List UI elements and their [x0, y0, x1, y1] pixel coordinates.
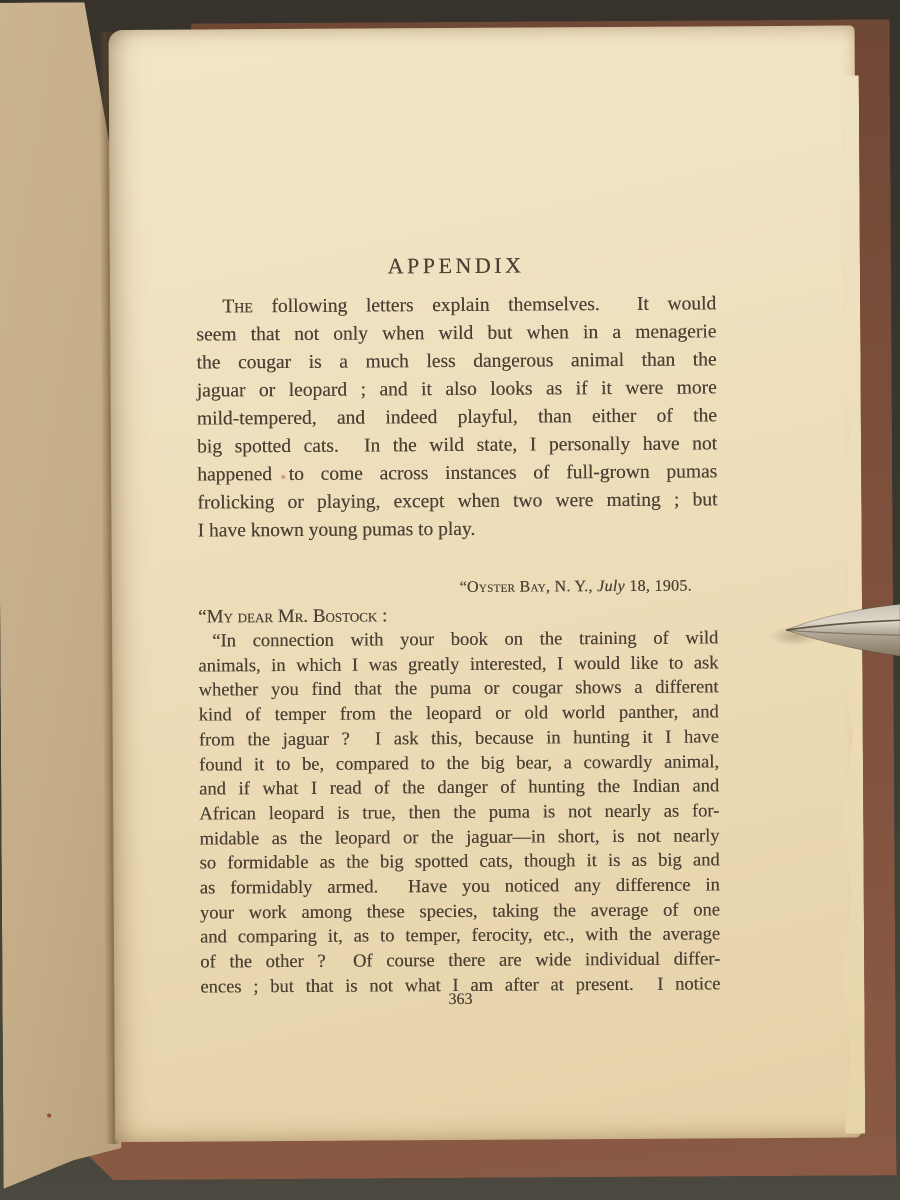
dateline-day-year: 18, 1905. — [625, 578, 692, 595]
text-line: frolicking or playing, except when two w… — [197, 486, 717, 517]
text-line: mild-tempered, and indeed playful, than … — [197, 402, 717, 433]
text-line: whether you find that the puma or cougar… — [198, 676, 718, 704]
lead-word-smallcaps: The — [222, 296, 253, 317]
text-line: and if what I read of the danger of hunt… — [199, 775, 719, 803]
text-line: happened to come across instances of ful… — [197, 458, 717, 489]
open-quote: “ — [459, 579, 467, 596]
facing-page-blemish — [47, 1113, 51, 1117]
text-line: “In connection with your book on the tra… — [198, 626, 718, 654]
text-line: The following letters explain themselves… — [196, 290, 716, 321]
book-photograph: APPENDIX The following letters explain t… — [0, 0, 900, 1200]
text-line: so formidable as the big spotted cats, t… — [200, 849, 720, 877]
text-line: as formidably armed. Have you noticed an… — [200, 873, 720, 901]
dateline-place: Oyster Bay, N. Y., — [467, 578, 597, 596]
text-line: your work among these species, taking th… — [200, 898, 720, 926]
text-line: of the other ? Of course there are wide … — [200, 947, 720, 975]
text-line: African leopard is true, then the puma i… — [199, 799, 719, 827]
letter-dateline: “Oyster Bay, N. Y., July 18, 1905. — [198, 577, 718, 598]
text-line: and comparing it, as to temper, ferocity… — [200, 923, 720, 951]
text-line: found it to be, compared to the big bear… — [199, 750, 719, 778]
first-line-text: following letters explain themselves. It… — [253, 293, 717, 317]
letter-salutation: “My dear Mr. Bostock : — [198, 603, 718, 628]
text-line: from the jaguar ? I ask this, because in… — [199, 725, 719, 753]
text-line: I have known young pumas to play. — [197, 514, 717, 545]
dateline-month: July — [597, 578, 625, 595]
text-line: seem that not only when wild but when in… — [196, 318, 716, 349]
metal-page-holder-clip — [776, 591, 900, 668]
text-line: big spotted cats. In the wild state, I p… — [197, 430, 717, 461]
text-line: animals, in which I was greatly interest… — [198, 651, 718, 679]
text-line: jaguar or leopard ; and it also looks as… — [197, 374, 717, 405]
intro-paragraph: The following letters explain themselves… — [196, 290, 718, 545]
book-page: APPENDIX The following letters explain t… — [109, 26, 862, 1143]
open-book: APPENDIX The following letters explain t… — [0, 0, 900, 1200]
paper-blemish — [281, 475, 285, 479]
text-line: the cougar is a much less dangerous anim… — [196, 346, 716, 377]
intro-lines: seem that not only when wild but when in… — [196, 318, 717, 545]
chapter-heading: APPENDIX — [196, 251, 716, 280]
text-line: kind of temper from the leopard or old w… — [199, 700, 719, 728]
page-number: 363 — [200, 989, 720, 1010]
text-line: midable as the leopard or the jaguar—in … — [199, 824, 719, 852]
letter-body: “In connection with your book on the tra… — [198, 626, 720, 1000]
